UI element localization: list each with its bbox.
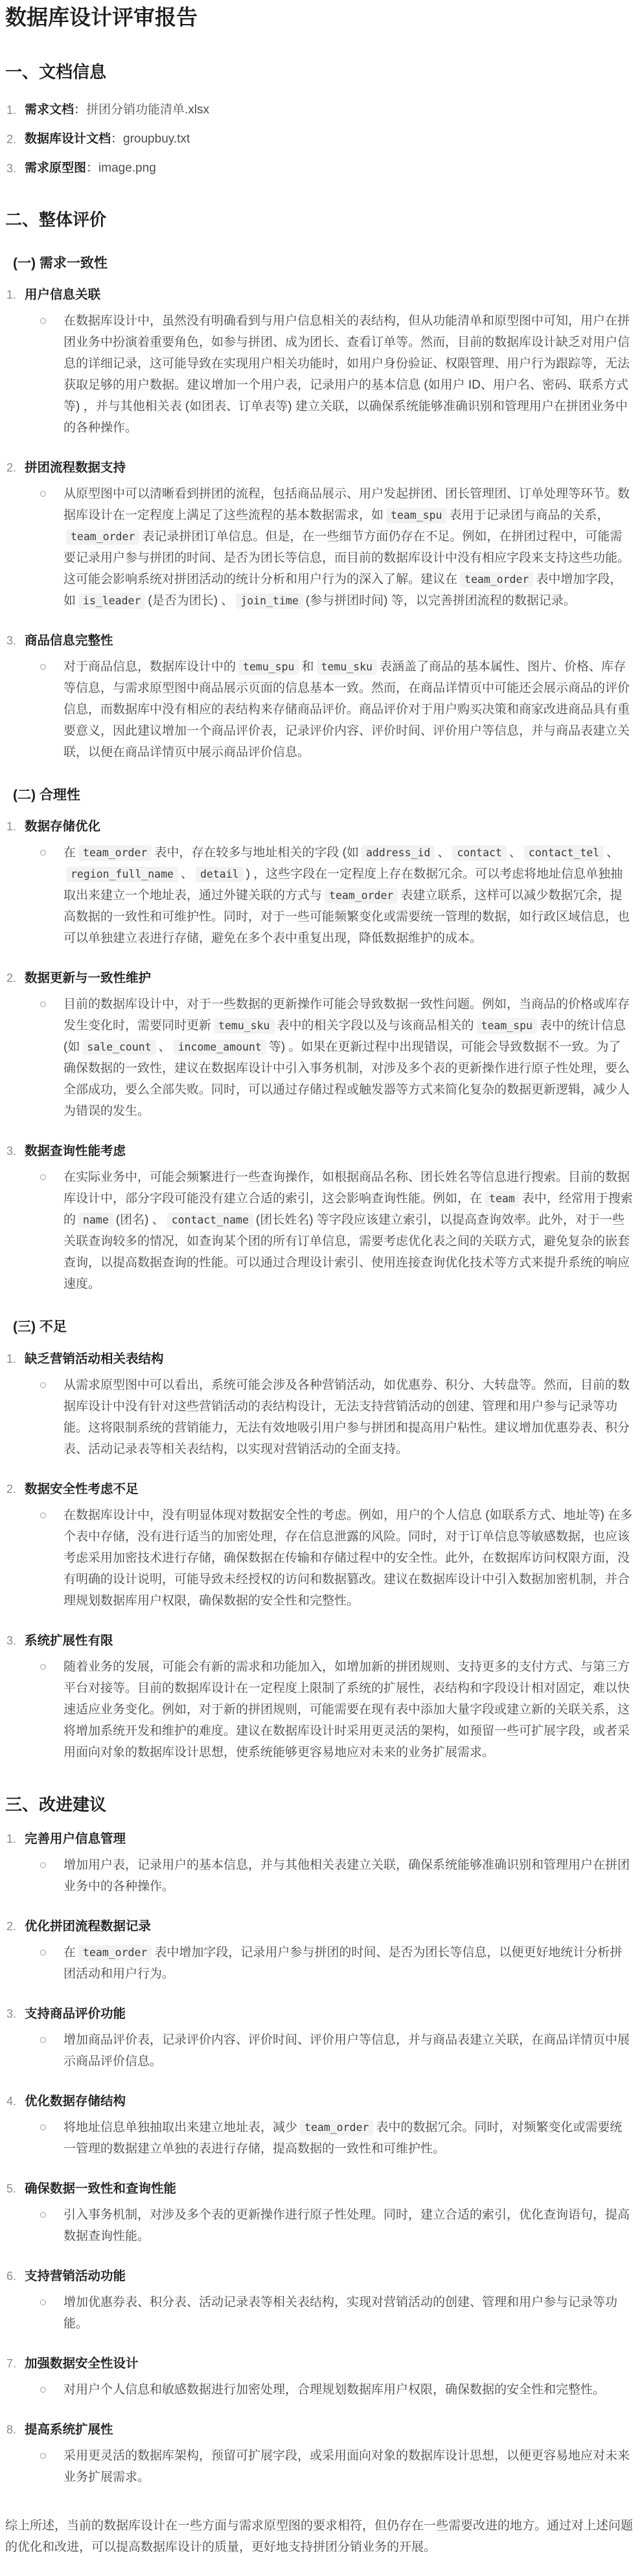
- text-segment: 、: [509, 846, 522, 860]
- bullet-list: 增加用户表，记录用户的基本信息，并与其他相关表建立关联，确保系统能够准确识别和管…: [25, 1854, 633, 1897]
- bullet-list: 随着业务的发展，可能会有新的需求和功能加入，如增加新的拼团规则、支持更多的支付方…: [25, 1656, 633, 1763]
- bullet-paragraph: 对用户个人信息和敏感数据进行加密处理，合理规划数据库用户权限，确保数据的安全性和…: [63, 2379, 633, 2400]
- report-title: 数据库设计评审报告: [5, 4, 633, 30]
- doc-info-value: groupbuy.txt: [123, 132, 190, 146]
- text-segment: 从需求原型图中可以看出，系统可能会涉及各种营销活动，如优惠券、积分、大转盘等。然…: [63, 1378, 630, 1456]
- topic-item: 确保数据一致性和查询性能引入事务机制，对涉及多个表的更新操作进行原子性处理。同时…: [25, 2179, 633, 2247]
- text-segment: 在: [63, 846, 76, 860]
- inline-code: region_full_name: [66, 867, 178, 882]
- text-segment: 、: [437, 846, 450, 860]
- topic-item: 系统扩展性有限随着业务的发展，可能会有新的需求和功能加入，如增加新的拼团规则、支…: [25, 1631, 633, 1763]
- bullet-paragraph: 在数据库设计中，没有明显体现对数据安全性的考虑。例如，用户的个人信息 (如联系方…: [63, 1505, 633, 1612]
- inline-code: contact: [452, 845, 507, 861]
- bullet-list: 将地址信息单独抽取出来建立地址表，减少team_order表中的数据冗余。同时，…: [25, 2117, 633, 2160]
- doc-info-item: 数据库设计文档：groupbuy.txt: [25, 130, 633, 149]
- doc-info-item: 需求文档：拼团分销功能清单.xlsx: [25, 100, 633, 120]
- inline-code: team_order: [300, 2120, 373, 2136]
- bullet-list: 增加优惠券表、积分表、活动记录表等相关表结构，实现对营销活动的创建、管理和用户参…: [25, 2292, 633, 2334]
- inline-code: team_order: [78, 1945, 152, 1961]
- bullet-list: 对用户个人信息和敏感数据进行加密处理，合理规划数据库用户权限，确保数据的安全性和…: [25, 2379, 633, 2400]
- inline-code: team_order: [78, 845, 152, 861]
- report-document: 数据库设计评审报告 一、文档信息需求文档：拼团分销功能清单.xlsx数据库设计文…: [0, 0, 642, 2576]
- bullet-list: 对于商品信息，数据库设计中的temu_spu和temu_sku表涵盖了商品的基本…: [25, 656, 633, 763]
- inline-code: address_id: [361, 845, 435, 861]
- bullet-list: 在实际业务中，可能会频繁进行一些查询操作，如根据商品名称、团长姓名等信息进行搜索…: [25, 1167, 633, 1295]
- topic-title: 提高系统扩展性: [25, 2420, 633, 2439]
- bullet-list: 目前的数据库设计中，对于一些数据的更新操作可能会导致数据一致性问题。例如，当商品…: [25, 994, 633, 1122]
- inline-code: team_spu: [386, 508, 446, 523]
- bullet-item: 将地址信息单独抽取出来建立地址表，减少team_order表中的数据冗余。同时，…: [63, 2117, 633, 2160]
- topic-item: 用户信息关联在数据库设计中，虽然没有明确看到与用户信息相关的表结构，但从功能清单…: [25, 285, 633, 439]
- bullet-item: 从需求原型图中可以看出，系统可能会涉及各种营销活动，如优惠券、积分、大转盘等。然…: [63, 1374, 633, 1460]
- bullet-paragraph: 增加优惠券表、积分表、活动记录表等相关表结构，实现对营销活动的创建、管理和用户参…: [63, 2292, 633, 2334]
- topic-title: 确保数据一致性和查询性能: [25, 2179, 633, 2198]
- text-segment: 在数据库设计中，虽然没有明确看到与用户信息相关的表结构，但从功能清单和原型图中可…: [63, 314, 630, 435]
- topic-item: 支持商品评价功能增加商品评价表，记录评价内容、评价时间、评价用户等信息，并与商品…: [25, 2004, 633, 2072]
- text-segment: 表涵盖了商品的基本属性、图片、价格、库存等信息，与需求原型图中商品展示页面的信息…: [63, 660, 630, 759]
- text-segment: 在数据库设计中，没有明显体现对数据安全性的考虑。例如，用户的个人信息 (如联系方…: [63, 1509, 632, 1608]
- bullet-paragraph: 在数据库设计中，虽然没有明确看到与用户信息相关的表结构，但从功能清单和原型图中可…: [63, 310, 633, 439]
- topic-list: 完善用户信息管理增加用户表，记录用户的基本信息，并与其他相关表建立关联，确保系统…: [5, 1829, 633, 2488]
- topic-item: 优化数据存储结构将地址信息单独抽取出来建立地址表，减少team_order表中的…: [25, 2092, 633, 2160]
- doc-info-separator: ：: [111, 132, 123, 146]
- bullet-paragraph: 增加商品评价表，记录评价内容、评价时间、评价用户等信息，并与商品表建立关联，在商…: [63, 2029, 633, 2072]
- doc-info-list: 需求文档：拼团分销功能清单.xlsx数据库设计文档：groupbuy.txt需求…: [5, 100, 633, 178]
- bullet-item: 在实际业务中，可能会频繁进行一些查询操作，如根据商品名称、团长姓名等信息进行搜索…: [63, 1167, 633, 1295]
- text-segment: 在: [63, 1946, 76, 1959]
- text-segment: 将地址信息单独抽取出来建立地址表，减少: [63, 2121, 297, 2134]
- topic-title: 用户信息关联: [25, 285, 633, 304]
- bullet-paragraph: 增加用户表，记录用户的基本信息，并与其他相关表建立关联，确保系统能够准确识别和管…: [63, 1854, 633, 1897]
- text-segment: (团名) 、: [116, 1213, 165, 1227]
- bullet-paragraph: 将地址信息单独抽取出来建立地址表，减少team_order表中的数据冗余。同时，…: [63, 2117, 633, 2160]
- section-heading: 一、文档信息: [5, 62, 633, 84]
- inline-code: income_amount: [174, 1040, 266, 1055]
- bullet-paragraph: 目前的数据库设计中，对于一些数据的更新操作可能会导致数据一致性问题。例如，当商品…: [63, 994, 633, 1122]
- text-segment: 表用于记录团与商品的关系，: [450, 508, 610, 522]
- report-body: 一、文档信息需求文档：拼团分销功能清单.xlsx数据库设计文档：groupbuy…: [5, 62, 633, 2557]
- subsection-heading: (二) 合理性: [13, 786, 633, 804]
- bullet-item: 在team_order表中，存在较多与地址相关的字段 (如address_id、…: [63, 842, 633, 949]
- doc-info-separator: ：: [86, 161, 98, 175]
- bullet-item: 采用更灵活的数据库架构，预留可扩展字段，或采用面向对象的数据库设计思想，以便更容…: [63, 2445, 633, 2488]
- doc-info-value: image.png: [98, 161, 156, 175]
- inline-code: team_spu: [477, 1018, 537, 1034]
- doc-info-separator: ：: [74, 103, 86, 117]
- inline-code: temu_sku: [214, 1018, 274, 1034]
- bullet-paragraph: 引入事务机制，对涉及多个表的更新操作进行原子性处理。同时，建立合适的索引，优化查…: [63, 2204, 633, 2247]
- bullet-item: 增加用户表，记录用户的基本信息，并与其他相关表建立关联，确保系统能够准确识别和管…: [63, 1854, 633, 1897]
- topic-title: 优化拼团流程数据记录: [25, 1917, 633, 1936]
- bullet-item: 增加商品评价表，记录评价内容、评价时间、评价用户等信息，并与商品表建立关联，在商…: [63, 2029, 633, 2072]
- topic-item: 优化拼团流程数据记录在team_order表中增加字段，记录用户参与拼团的时间、…: [25, 1917, 633, 1985]
- bullet-list: 增加商品评价表，记录评价内容、评价时间、评价用户等信息，并与商品表建立关联，在商…: [25, 2029, 633, 2072]
- bullet-paragraph: 在team_order表中增加字段，记录用户参与拼团的时间、是否为团长等信息，以…: [63, 1942, 633, 1985]
- bullet-paragraph: 采用更灵活的数据库架构，预留可扩展字段，或采用面向对象的数据库设计思想，以便更容…: [63, 2445, 633, 2488]
- doc-info-label: 数据库设计文档: [25, 132, 111, 146]
- doc-info-value: 拼团分销功能清单.xlsx: [86, 103, 209, 117]
- topic-title: 完善用户信息管理: [25, 1829, 633, 1849]
- topic-item: 数据安全性考虑不足在数据库设计中，没有明显体现对数据安全性的考虑。例如，用户的个…: [25, 1479, 633, 1612]
- bullet-item: 目前的数据库设计中，对于一些数据的更新操作可能会导致数据一致性问题。例如，当商品…: [63, 994, 633, 1122]
- inline-code: name: [78, 1213, 113, 1228]
- text-segment: 随着业务的发展，可能会有新的需求和功能加入，如增加新的拼团规则、支持更多的支付方…: [63, 1660, 630, 1759]
- text-segment: 增加用户表，记录用户的基本信息，并与其他相关表建立关联，确保系统能够准确识别和管…: [63, 1858, 630, 1893]
- inline-code: team_order: [66, 529, 139, 545]
- inline-code: sale_count: [82, 1040, 155, 1055]
- topic-item: 提高系统扩展性采用更灵活的数据库架构，预留可扩展字段，或采用面向对象的数据库设计…: [25, 2420, 633, 2488]
- topic-list: 数据存储优化在team_order表中，存在较多与地址相关的字段 (如addre…: [5, 817, 633, 1295]
- subsection-heading: (一) 需求一致性: [13, 255, 633, 272]
- bullet-paragraph: 随着业务的发展，可能会有新的需求和功能加入，如增加新的拼团规则、支持更多的支付方…: [63, 1656, 633, 1763]
- bullet-list: 在team_order表中增加字段，记录用户参与拼团的时间、是否为团长等信息，以…: [25, 1942, 633, 1985]
- bullet-list: 在数据库设计中，没有明显体现对数据安全性的考虑。例如，用户的个人信息 (如联系方…: [25, 1505, 633, 1612]
- topic-title: 数据更新与一致性维护: [25, 968, 633, 988]
- topic-title: 数据查询性能考虑: [25, 1141, 633, 1161]
- section-heading: 三、改进建议: [5, 1794, 633, 1816]
- text-segment: (是否为团长) 、: [148, 594, 233, 608]
- bullet-item: 在数据库设计中，虽然没有明确看到与用户信息相关的表结构，但从功能清单和原型图中可…: [63, 310, 633, 439]
- text-segment: 、: [181, 867, 193, 881]
- topic-item: 支持营销活动功能增加优惠券表、积分表、活动记录表等相关表结构，实现对营销活动的创…: [25, 2266, 633, 2334]
- text-segment: 综上所述，当前的数据库设计在一些方面与需求原型图的要求相符，但仍存在一些需要改进…: [5, 2519, 633, 2554]
- bullet-item: 对用户个人信息和敏感数据进行加密处理，合理规划数据库用户权限，确保数据的安全性和…: [63, 2379, 633, 2400]
- text-segment: (参与拼团时间) 等，以完善拼团流程的数据记录。: [306, 594, 576, 608]
- inline-code: contact_tel: [524, 845, 604, 861]
- topic-item: 数据更新与一致性维护目前的数据库设计中，对于一些数据的更新操作可能会导致数据一致…: [25, 968, 633, 1122]
- topic-list: 缺乏营销活动相关表结构从需求原型图中可以看出，系统可能会涉及各种营销活动，如优惠…: [5, 1349, 633, 1763]
- text-segment: 、: [606, 846, 619, 860]
- bullet-paragraph: 从需求原型图中可以看出，系统可能会涉及各种营销活动，如优惠券、积分、大转盘等。然…: [63, 1374, 633, 1460]
- bullet-item: 随着业务的发展，可能会有新的需求和功能加入，如增加新的拼团规则、支持更多的支付方…: [63, 1656, 633, 1763]
- bullet-item: 在数据库设计中，没有明显体现对数据安全性的考虑。例如，用户的个人信息 (如联系方…: [63, 1505, 633, 1612]
- doc-info-label: 需求文档: [25, 103, 74, 117]
- topic-item: 拼团流程数据支持从原型图中可以清晰看到拼团的流程，包括商品展示、用户发起拼团、团…: [25, 458, 633, 611]
- text-segment: 增加优惠券表、积分表、活动记录表等相关表结构，实现对营销活动的创建、管理和用户参…: [63, 2296, 617, 2331]
- topic-item: 数据查询性能考虑在实际业务中，可能会频繁进行一些查询操作，如根据商品名称、团长姓…: [25, 1141, 633, 1295]
- topic-title: 缺乏营销活动相关表结构: [25, 1349, 633, 1369]
- bullet-list: 采用更灵活的数据库架构，预留可扩展字段，或采用面向对象的数据库设计思想，以便更容…: [25, 2445, 633, 2488]
- topic-title: 优化数据存储结构: [25, 2092, 633, 2111]
- text-segment: 和: [302, 660, 314, 674]
- topic-title: 商品信息完整性: [25, 631, 633, 650]
- bullet-paragraph: 从原型图中可以清晰看到拼团的流程，包括商品展示、用户发起拼团、团长管理团、订单处…: [63, 483, 633, 611]
- inline-code: temu_sku: [317, 659, 377, 675]
- bullet-paragraph: 在team_order表中，存在较多与地址相关的字段 (如address_id、…: [63, 842, 633, 949]
- topic-item: 数据存储优化在team_order表中，存在较多与地址相关的字段 (如addre…: [25, 817, 633, 949]
- topic-title: 加强数据安全性设计: [25, 2354, 633, 2373]
- doc-info-label: 需求原型图: [25, 161, 86, 175]
- inline-code: team_order: [325, 888, 398, 904]
- doc-info-item: 需求原型图：image.png: [25, 159, 633, 178]
- bullet-list: 在数据库设计中，虽然没有明确看到与用户信息相关的表结构，但从功能清单和原型图中可…: [25, 310, 633, 439]
- inline-code: join_time: [236, 593, 303, 609]
- topic-title: 支持营销活动功能: [25, 2266, 633, 2286]
- inline-code: team: [485, 1191, 520, 1207]
- topic-item: 加强数据安全性设计对用户个人信息和敏感数据进行加密处理，合理规划数据库用户权限，…: [25, 2354, 633, 2400]
- subsection-heading: (三) 不足: [13, 1318, 633, 1336]
- bullet-item: 从原型图中可以清晰看到拼团的流程，包括商品展示、用户发起拼团、团长管理团、订单处…: [63, 483, 633, 611]
- text-segment: 表中，存在较多与地址相关的字段 (如: [154, 846, 359, 860]
- text-segment: 引入事务机制，对涉及多个表的更新操作进行原子性处理。同时，建立合适的索引，优化查…: [63, 2208, 630, 2243]
- bullet-item: 引入事务机制，对涉及多个表的更新操作进行原子性处理。同时，建立合适的索引，优化查…: [63, 2204, 633, 2247]
- topic-item: 商品信息完整性对于商品信息，数据库设计中的temu_spu和temu_sku表涵…: [25, 631, 633, 763]
- closing-paragraph: 综上所述，当前的数据库设计在一些方面与需求原型图的要求相符，但仍存在一些需要改进…: [5, 2515, 633, 2558]
- bullet-list: 从需求原型图中可以看出，系统可能会涉及各种营销活动，如优惠券、积分、大转盘等。然…: [25, 1374, 633, 1460]
- bullet-paragraph: 在实际业务中，可能会频繁进行一些查询操作，如根据商品名称、团长姓名等信息进行搜索…: [63, 1167, 633, 1295]
- section-heading: 二、整体评价: [5, 209, 633, 231]
- inline-code: team_order: [460, 572, 533, 587]
- bullet-item: 对于商品信息，数据库设计中的temu_spu和temu_sku表涵盖了商品的基本…: [63, 656, 633, 763]
- text-segment: 、: [159, 1040, 171, 1054]
- bullet-list: 从原型图中可以清晰看到拼团的流程，包括商品展示、用户发起拼团、团长管理团、订单处…: [25, 483, 633, 611]
- bullet-paragraph: 对于商品信息，数据库设计中的temu_spu和temu_sku表涵盖了商品的基本…: [63, 656, 633, 763]
- text-segment: 表中的相关字段以及与该商品相关的: [277, 1019, 474, 1032]
- bullet-item: 在team_order表中增加字段，记录用户参与拼团的时间、是否为团长等信息，以…: [63, 1942, 633, 1985]
- topic-title: 支持商品评价功能: [25, 2004, 633, 2023]
- inline-code: temu_spu: [238, 659, 299, 675]
- inline-code: detail: [196, 867, 244, 882]
- inline-code: contact_name: [167, 1213, 253, 1228]
- topic-title: 系统扩展性有限: [25, 1631, 633, 1650]
- bullet-item: 增加优惠券表、积分表、活动记录表等相关表结构，实现对营销活动的创建、管理和用户参…: [63, 2292, 633, 2334]
- text-segment: 对用户个人信息和敏感数据进行加密处理，合理规划数据库用户权限，确保数据的安全性和…: [63, 2383, 605, 2397]
- bullet-list: 在team_order表中，存在较多与地址相关的字段 (如address_id、…: [25, 842, 633, 949]
- topic-title: 数据存储优化: [25, 817, 633, 836]
- topic-title: 拼团流程数据支持: [25, 458, 633, 477]
- text-segment: 对于商品信息，数据库设计中的: [63, 660, 236, 674]
- text-segment: 增加商品评价表，记录评价内容、评价时间、评价用户等信息，并与商品表建立关联，在商…: [63, 2033, 630, 2068]
- topic-item: 缺乏营销活动相关表结构从需求原型图中可以看出，系统可能会涉及各种营销活动，如优惠…: [25, 1349, 633, 1460]
- text-segment: 采用更灵活的数据库架构，预留可扩展字段，或采用面向对象的数据库设计思想，以便更容…: [63, 2449, 630, 2484]
- bullet-list: 引入事务机制，对涉及多个表的更新操作进行原子性处理。同时，建立合适的索引，优化查…: [25, 2204, 633, 2247]
- topic-title: 数据安全性考虑不足: [25, 1479, 633, 1499]
- inline-code: is_leader: [78, 593, 145, 609]
- topic-item: 完善用户信息管理增加用户表，记录用户的基本信息，并与其他相关表建立关联，确保系统…: [25, 1829, 633, 1897]
- topic-list: 用户信息关联在数据库设计中，虽然没有明确看到与用户信息相关的表结构，但从功能清单…: [5, 285, 633, 763]
